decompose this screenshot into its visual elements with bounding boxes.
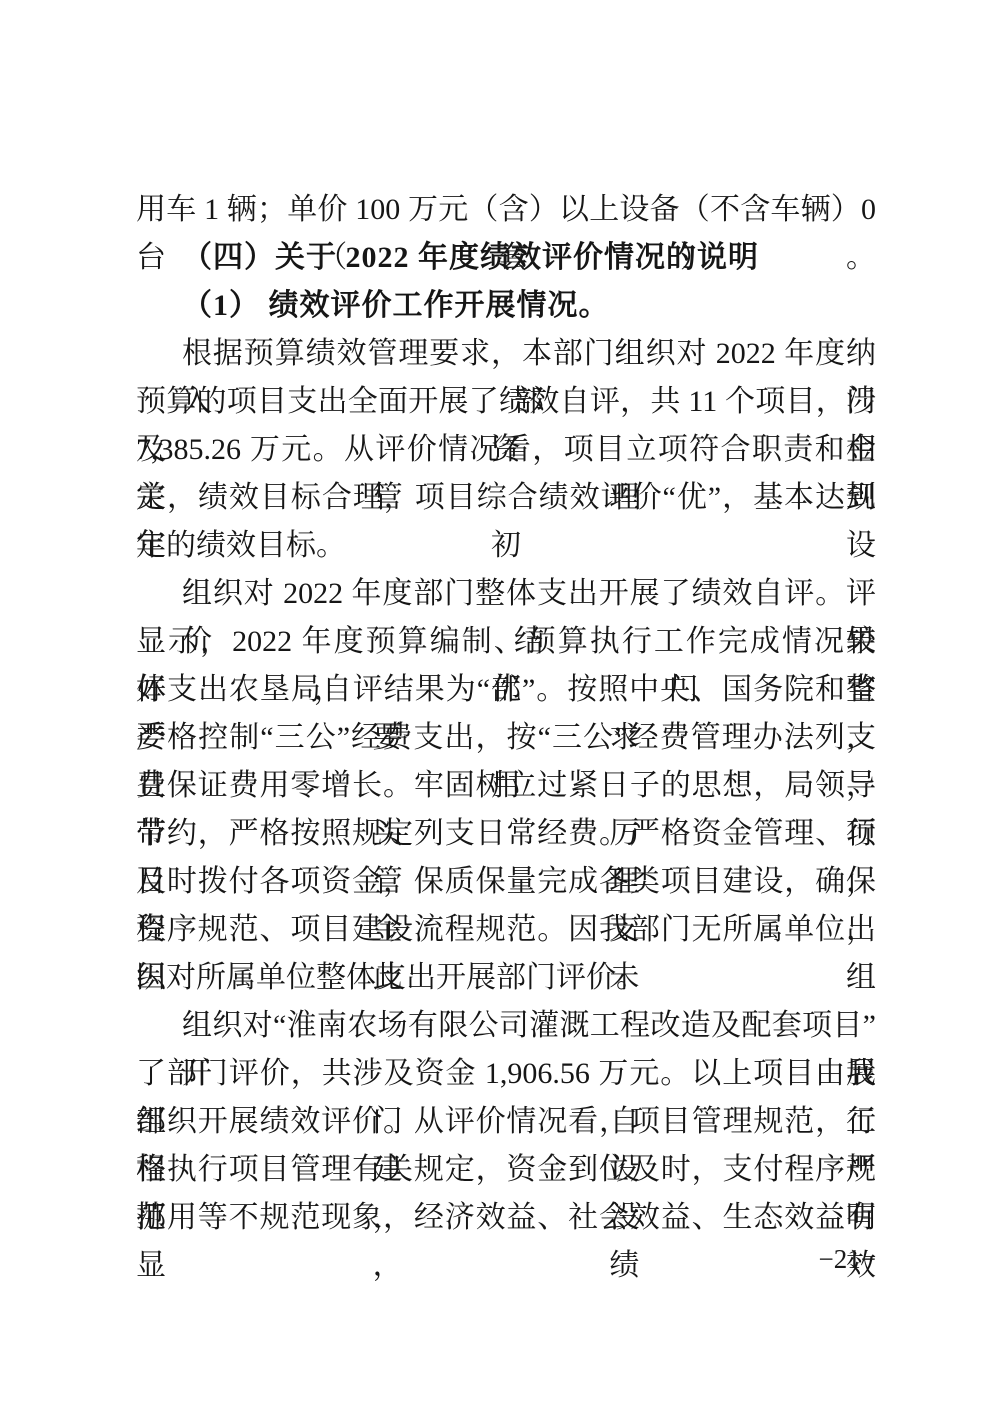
text-block: 用车 1 辆；单价 100 万元（含）以上设备（不含车辆）0 台（套）。 （四）… <box>136 186 876 1242</box>
text-line: 格执行项目管理有关规定，资金到位及时，支付程序规范，没有 <box>136 1146 876 1194</box>
text-line: 定，绩效目标合理，项目综合绩效评价“优”，基本达到年初设 <box>136 474 876 522</box>
page-number: −21− <box>136 1242 876 1276</box>
subsection-heading: （1） 绩效评价工作开展情况。 <box>136 282 876 330</box>
text-line: 严格控制“三公”经费支出，按“三公”经费管理办法列支费用， <box>136 714 876 762</box>
text-line: 7,385.26 万元。从评价情况看，项目立项符合职责和相关管理规 <box>136 426 876 474</box>
text-line: 用车 1 辆；单价 100 万元（含）以上设备（不含车辆）0 台（套）。 <box>136 186 876 234</box>
text-line: 预算的项目支出全面开展了绩效自评，共 11 个项目，涉及资金 <box>136 378 876 426</box>
text-line: 组织对 2022 年度部门整体支出开展了绩效自评。评价结果 <box>136 570 876 618</box>
text-line: 组织对“淮南农场有限公司灌溉工程改造及配套项目”开展 <box>136 1002 876 1050</box>
text-line: 了部门评价，共涉及资金 1,906.56 万元。以上项目由我部门自行 <box>136 1050 876 1098</box>
text-line: 及时拨付各项资金，保质保量完成各类项目建设，确保资金支出 <box>136 858 876 906</box>
text-line: 挪用等不规范现象，经济效益、社会效益、生态效益明显，绩效 <box>136 1194 876 1242</box>
text-line: 根据预算绩效管理要求，本部门组织对 2022 年度纳入部门 <box>136 330 876 378</box>
text-line: 体支出农垦局自评结果为“优”。按照中央、国务院和省委要求， <box>136 666 876 714</box>
document-page: 用车 1 辆；单价 100 万元（含）以上设备（不含车辆）0 台（套）。 （四）… <box>0 0 1000 1414</box>
text-line: 显示，2022 年度预算编制、预算执行工作完成情况较好，部门整 <box>136 618 876 666</box>
text-line: 节约，严格按照规定列支日常经费。严格资金管理、项目管理， <box>136 810 876 858</box>
text-line: 组织开展绩效评价。从评价情况看，项目管理规范，工程建设严 <box>136 1098 876 1146</box>
text-line: 程序规范、项目建设流程规范。因我部门无所属单位，因此未组 <box>136 906 876 954</box>
text-line: 且保证费用零增长。牢固树立过紧日子的思想，局领导带头厉行 <box>136 762 876 810</box>
